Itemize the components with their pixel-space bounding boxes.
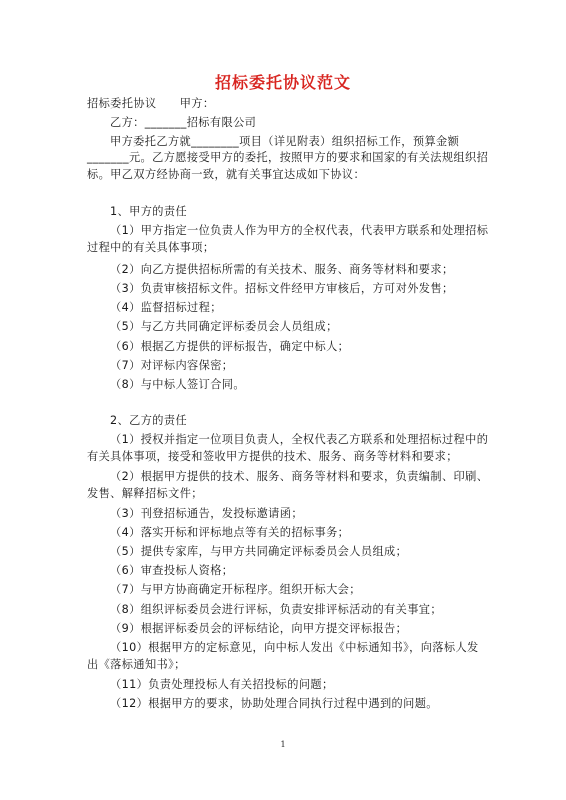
s1-item-6: （6）根据乙方提供的评标报告，确定中标人； (110, 340, 349, 354)
s2-item-7: （7）与甲方协商确定开标程序。组织开标大会； (110, 583, 361, 597)
page-number: 1 (0, 740, 566, 749)
s2-item-1-line-1: （1）授权并指定一位项目负责人，全权代表乙方联系和处理招标过程中的 (110, 433, 488, 447)
s1-item-1-line-2: 过程中的有关具体事项； (87, 241, 214, 255)
document-title: 招标委托协议范文 (0, 70, 566, 93)
s2-item-11: （11）负责处理投标人有关招投标的问题； (110, 678, 334, 692)
party-b-line: 乙方：_______招标有限公司 (110, 116, 256, 130)
s1-item-3: （3）负责审核招标文件。招标文件经甲方审核后，方可对外发售； (110, 282, 454, 296)
s1-item-8: （8）与中标人签订合同。 (110, 378, 245, 392)
document-page: 招标委托协议范文 招标委托协议 甲方： 乙方：_______招标有限公司 甲方委… (0, 0, 566, 800)
s2-item-2-line-1: （2）根据甲方提供的技术、服务、商务等材料和要求，负责编制、印刷、 (110, 470, 488, 484)
s2-item-12: （12）根据甲方的要求，协助处理合同执行过程中遇到的问题。 (110, 697, 438, 711)
s2-item-4: （4）落实开标和评标地点等有关的招标事务； (110, 526, 349, 540)
intro-line-2: _______元。乙方愿接受甲方的委托，按照甲方的要求和国家的有关法规组织招 (87, 151, 488, 165)
s1-item-1-line-1: （1）甲方指定一位负责人作为甲方的全权代表，代表甲方联系和处理招标 (110, 224, 488, 238)
s1-item-5: （5）与乙方共同确定评标委员会人员组成； (110, 320, 338, 334)
s1-item-2: （2）向乙方提供招标所需的有关技术、服务、商务等材料和要求； (110, 263, 454, 277)
s2-item-8: （8）组织评标委员会进行评标，负责安排评标活动的有关事宜； (110, 603, 442, 617)
s1-item-7: （7）对评标内容保密； (110, 359, 233, 373)
s2-item-1-line-2: 有关具体事项，接受和签收甲方提供的技术、服务、商务等材料和要求； (87, 450, 458, 464)
s2-item-5: （5）提供专家库，与甲方共同确定评标委员会人员组成； (110, 545, 407, 559)
s2-item-6: （6）审查投标人资格； (110, 564, 233, 578)
intro-line-3: 标。甲乙双方经协商一致，就有关事宜达成如下协议： (87, 168, 365, 182)
header-line: 招标委托协议 甲方： (87, 97, 214, 111)
s1-item-4: （4）监督招标过程； (110, 301, 222, 315)
s2-item-10-line-2: 出《落标通知书》； (87, 658, 186, 672)
intro-line-1: 甲方委托乙方就________项目（详见附表）组织招标工作，预算金额 (110, 135, 459, 149)
s2-item-10-line-1: （10）根据甲方的定标意见，向中标人发出《中标通知书》，向落标人发 (110, 641, 479, 655)
s2-item-2-line-2: 发售、解释招标文件； (87, 487, 203, 501)
section-1-heading: 1、甲方的责任 (110, 205, 187, 219)
s2-item-3: （3）刊登招标通告，发投标邀请函； (110, 507, 303, 521)
section-2-heading: 2、乙方的责任 (110, 414, 187, 428)
s2-item-9: （9）根据评标委员会的评标结论，向甲方提交评标报告； (110, 622, 407, 636)
